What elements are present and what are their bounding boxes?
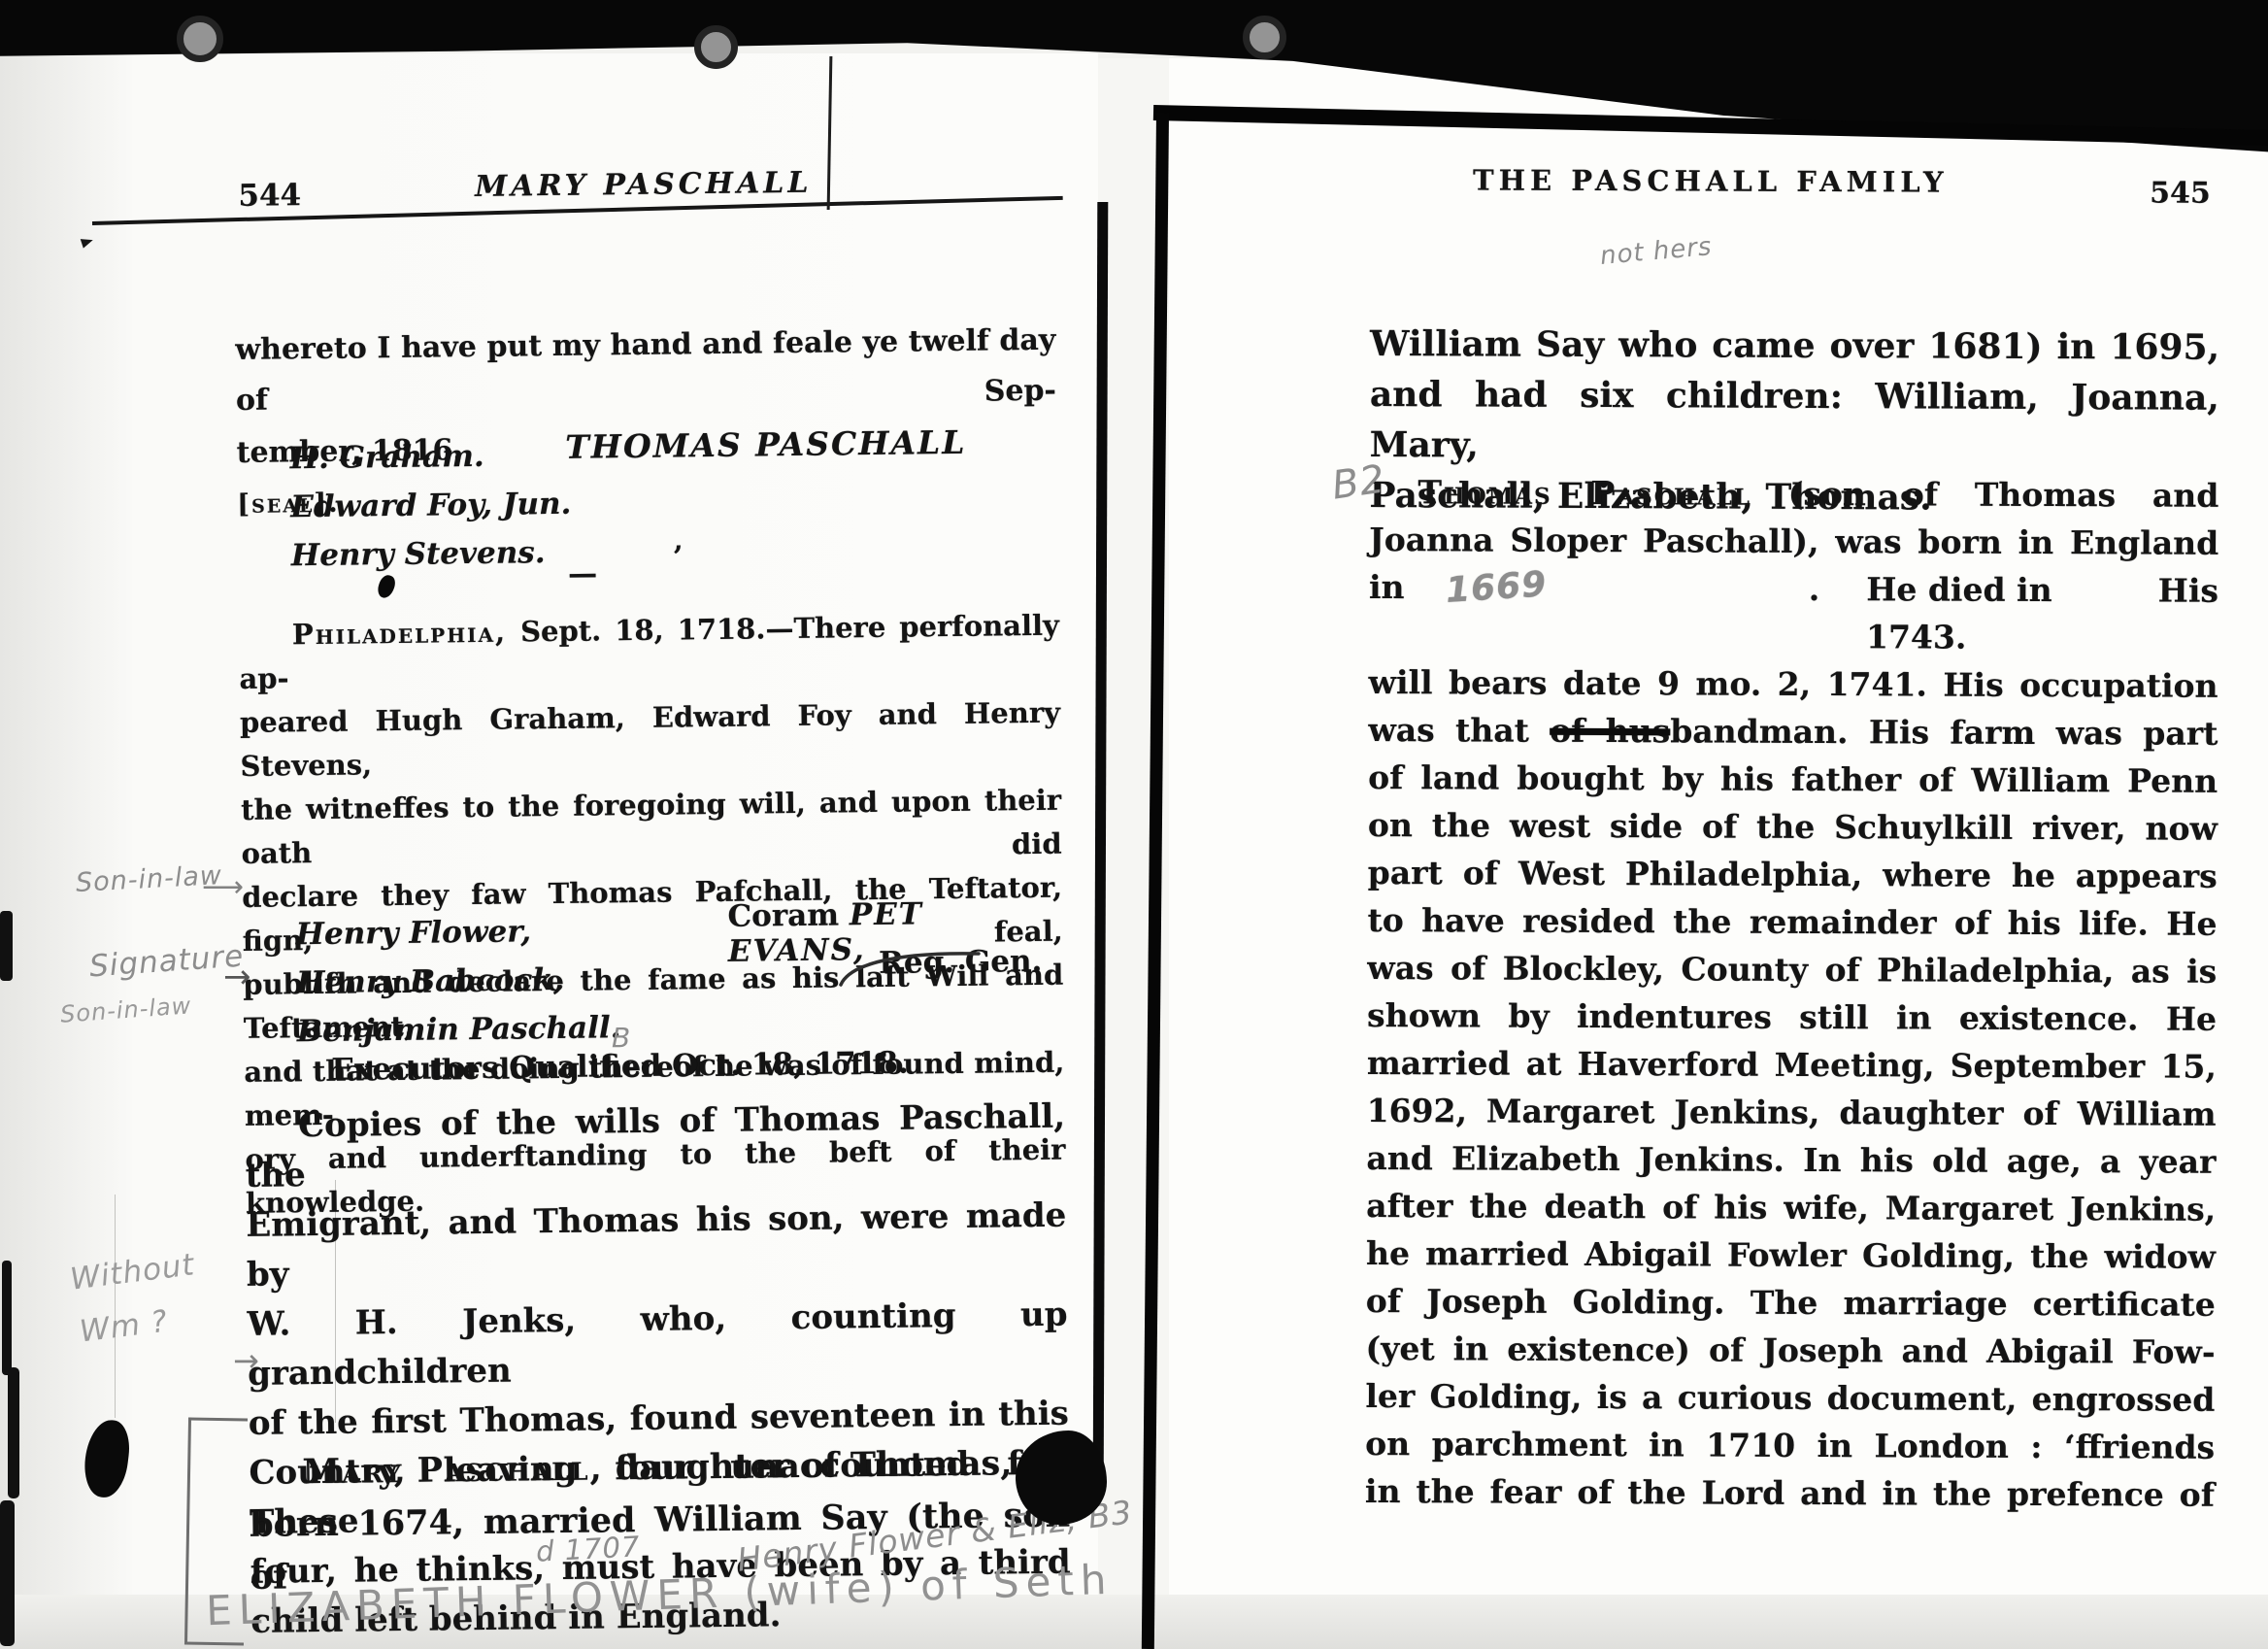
probate-place: Philadelphia, (292, 616, 508, 652)
text-line: W. H. Jenks, who, counting up grandchild… (247, 1291, 1068, 1399)
right-page: THE PASCHALL FAMILY 545 William Say who … (1364, 146, 2220, 1645)
punch-hole (177, 16, 223, 62)
text-line: whereto I have put my hand and feale ye … (235, 316, 1056, 426)
text-line: of land bought by his father of William … (1368, 754, 2218, 805)
text-line: Emigrant, and Thomas his son, were made … (246, 1192, 1067, 1300)
ink-blob (1016, 1430, 1107, 1525)
text-line: Henry Stevens. (291, 528, 573, 581)
text-line: part of West Philadelphia, where he appe… (1368, 849, 2218, 900)
section-divider: — (568, 556, 597, 590)
witness-list: H. Graham.Edward Foy, Jun.Henry Stevens. (289, 431, 572, 581)
occupation-after: bandman. His farm was part (1670, 712, 2218, 752)
d-1707-note: d 1707 (535, 1530, 641, 1568)
scanned-book-spread: { "left_page": { "page_number": "544", "… (0, 0, 2268, 1649)
thomas-paschall-paragraph: Thomas Paschall (son of Thomas and Joann… (1365, 468, 2219, 1519)
word-his: His (2158, 567, 2219, 615)
b-pencil-mark: B (612, 1022, 631, 1054)
text-line: Edward Foy, Jun. (290, 480, 572, 532)
annotation-arrow-1: ⟶ (202, 870, 244, 904)
text-line: Henry Babcock, (296, 955, 620, 1007)
edge-ink-streak (2, 1261, 12, 1375)
text-line: married at Haverford Meeting, September … (1367, 1039, 2217, 1091)
thomas-paschall-name: Thomas Paschall (1417, 473, 1751, 512)
edge-ink-streak (0, 911, 13, 981)
text-line: on the west side of the Schuylkill river… (1368, 801, 2218, 853)
text-line: peared Hugh Graham, Edward Foy and Henry… (240, 691, 1061, 789)
paragraph-body: of land bought by his father of William … (1365, 754, 2218, 1519)
text-line: after the death of his wife, Margaret Je… (1366, 1182, 2216, 1233)
punch-hole (694, 25, 738, 69)
text-line: Thomas Paschall (son of Thomas and (1369, 468, 2218, 520)
word-in: in (1369, 563, 1405, 611)
stray-mark: ’ (673, 540, 684, 574)
annotation-arrow-3: → (233, 1342, 259, 1379)
birth-year-line: in 1669 . He died in 1743. His (1369, 563, 2218, 662)
text-line: 1692, Margaret Jenkins, daughter of Will… (1367, 1087, 2217, 1138)
edge-ink-streak (8, 1367, 19, 1498)
struck-text: of hus (1550, 712, 1670, 751)
running-title-left: MARY PASCHALL (233, 163, 1053, 207)
died-phrase: He died in 1743. (1866, 565, 2158, 661)
occupation-before: was that (1368, 711, 1550, 750)
text-line: H. Graham. (289, 431, 571, 484)
text-line: Copies of the wills of Thomas Paschall, … (245, 1093, 1066, 1201)
text-line: Henry Flower, (295, 906, 619, 959)
text-line: was of Blockley, County of Philadelphia,… (1367, 944, 2217, 995)
text-line: in the fear of the Lord and in the prefe… (1365, 1467, 2215, 1519)
text-line: will bears date 9 mo. 2, 1741. His occup… (1368, 658, 2218, 710)
text-line: and had six children: William, Joanna, M… (1370, 369, 2219, 474)
occupation-line: was that of husbandman. His farm was par… (1368, 706, 2218, 757)
left-page: 544 MARY PASCHALL whereto I have put my … (233, 155, 1071, 1622)
period-mark: . (1809, 565, 1820, 613)
text-line: Joanna Sloper Paschall), was born in Eng… (1369, 516, 2218, 567)
signer-list: Henry Flower,Henry Babcock,Benjamin Pasc… (295, 906, 620, 1056)
edge-ink-streak (0, 1500, 15, 1646)
mary-paschall-name: Mary Paschall, (302, 1448, 604, 1492)
coram-label: Coram (727, 897, 839, 933)
thomas-line1-rest: (son of Thomas and (1751, 475, 2219, 515)
text-line: and Elizabeth Jenkins. In his old age, a… (1366, 1134, 2216, 1186)
punch-hole (1243, 16, 1286, 59)
text-line: on parchment in 1710 in London : ‘ffrien… (1365, 1420, 2215, 1471)
text-line: Philadelphia, Sept. 18, 1718.—There perf… (239, 604, 1060, 701)
text-line: to have resided the remainder of his lif… (1367, 896, 2217, 948)
testator-signature: THOMAS PASCHALL (565, 423, 967, 466)
text-line: ler Golding, is a curious document, engr… (1365, 1372, 2215, 1424)
pencil-check-curve (835, 938, 990, 989)
text-line: he married Abigail Fowler Golding, the w… (1366, 1229, 2216, 1281)
text-line: shown by indentures still in existence. … (1367, 992, 2217, 1043)
scan-scratch (115, 1195, 116, 1418)
handwritten-birth-year: 1669 (1444, 560, 1548, 615)
mary-line1-rest: daughter of Thomas, w (603, 1443, 1053, 1489)
b2-pencil-mark: B2 (1329, 456, 1388, 508)
running-title-right: THE PASCHALL FAMILY (1371, 163, 2051, 199)
text-line: the witneffes to the foregoing will, and… (241, 779, 1062, 876)
text-line: of Joseph Golding. The marriage certific… (1366, 1277, 2216, 1329)
page-number-545: 545 (2150, 177, 2211, 211)
text-line: William Say who came over 1681) in 1695, (1370, 319, 2219, 373)
annotation-arrow-2: → (223, 958, 251, 996)
text-line: (yet in existence) of Joseph and Abigail… (1365, 1325, 2215, 1376)
